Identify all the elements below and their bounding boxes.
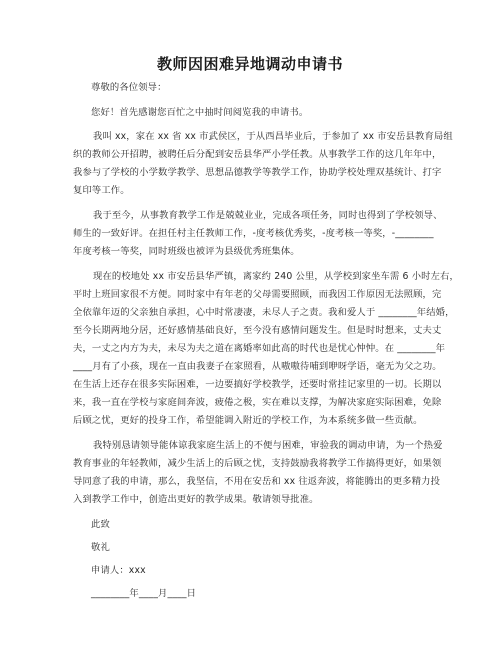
document-page: 教师因困难异地调动申请书 尊敬的各位领导： 您好！首先感谢您百忙之中抽时间阅览我… bbox=[0, 0, 500, 647]
paragraph-line: 在生活上还存在很多实际困难，一边要搞好学校教学，还要时常挂记家里的一切。长期以 bbox=[73, 376, 433, 394]
document-title: 教师因困难异地调动申请书 bbox=[0, 53, 500, 74]
paragraph-line: 现在的校地处 xx 市安岳县华严镇，离家约 240 公里，从学校到家坐车需 6 … bbox=[93, 268, 453, 286]
greeting: 您好！首先感谢您百忙之中抽时间阅览我的申请书。 bbox=[91, 104, 451, 122]
closing-line-1: 此致 bbox=[91, 516, 451, 534]
paragraph-line: 我叫 xx，家在 xx 省 xx 市武侯区，于从西昌毕业后，于参加了 xx 市安… bbox=[93, 128, 453, 146]
paragraph-line: 后顾之忧，更好的投身工作，希望能调入附近的学校工作，为本系统多做一些贡献。 bbox=[73, 412, 433, 430]
paragraph-line: 夫，一丈之内方为夫，未尽为夫之道在离婚率如此高的时代也是忧心忡忡。在 _____… bbox=[73, 340, 433, 358]
paragraph-line: 我于至今，从事教育教学工作是兢兢业业，完成各项任务，同时也得到了学校领导、 bbox=[93, 207, 453, 225]
paragraph-line: 入到教学工作中，创造出更好的教学成果。敬请领导批准。 bbox=[73, 491, 433, 509]
paragraph-line: 我参与了学校的小学数学教学、思想品德教学等教学工作，协助学校处理双基统计、打字 bbox=[73, 164, 433, 182]
paragraph-line: 教育事业的年轻教师，减少生活上的后顾之忧，支持鼓励我将教学工作搞得更好，如果领 bbox=[73, 455, 433, 473]
closing-line-2: 敬礼 bbox=[91, 539, 451, 557]
salutation: 尊敬的各位领导： bbox=[91, 79, 451, 97]
paragraph-line: 来，我一直在学校与家庭间奔波，疲倦之极，实在难以支撑，为解决家庭实际困难，免除 bbox=[73, 394, 433, 412]
paragraph-line: 全依靠年迈的父亲独自承担，心中时常凄凄，未尽人子之责。我和爱人于 _______… bbox=[73, 304, 433, 322]
paragraph-line: 至今长期两地分居，还好感情基础良好，至今没有感情问题发生。但是时时想来，丈夫丈 bbox=[73, 322, 433, 340]
date-line: ________年____月____日 bbox=[91, 585, 451, 603]
applicant-signature: 申请人：xxx bbox=[91, 562, 451, 580]
paragraph-line: 年度考核一等奖，同时班级也被评为县级优秀班集体。 bbox=[73, 243, 433, 261]
paragraph-line: 导同意了我的申请，那么，我坚信，不用在安岳和 xx 往返奔波，将能腾出的更多精力… bbox=[73, 473, 433, 491]
paragraph-line: 平时上班回家很不方便。同时家中有年老的父母需要照顾，而我因工作原因无法照顾，完 bbox=[73, 286, 433, 304]
paragraph-line: 我特别恳请领导能体谅我家庭生活上的不便与困难，审验我的调动申请，为一个热爱 bbox=[93, 437, 453, 455]
paragraph-line: ____月有了小孩，现在一直由我妻子在家照看，从嗷嗷待哺到咿呀学语，毫无为父之功… bbox=[73, 358, 433, 376]
paragraph-line: 复印等工作。 bbox=[73, 182, 433, 200]
paragraph-line: 织的教师公开招聘，被聘任后分配到安岳县华严小学任教。从事教学工作的这几年年中， bbox=[73, 146, 433, 164]
paragraph-line: 师生的一致好评。在担任村主任教师工作，-度考核优秀奖，-度考核一等奖，-____… bbox=[73, 225, 433, 243]
